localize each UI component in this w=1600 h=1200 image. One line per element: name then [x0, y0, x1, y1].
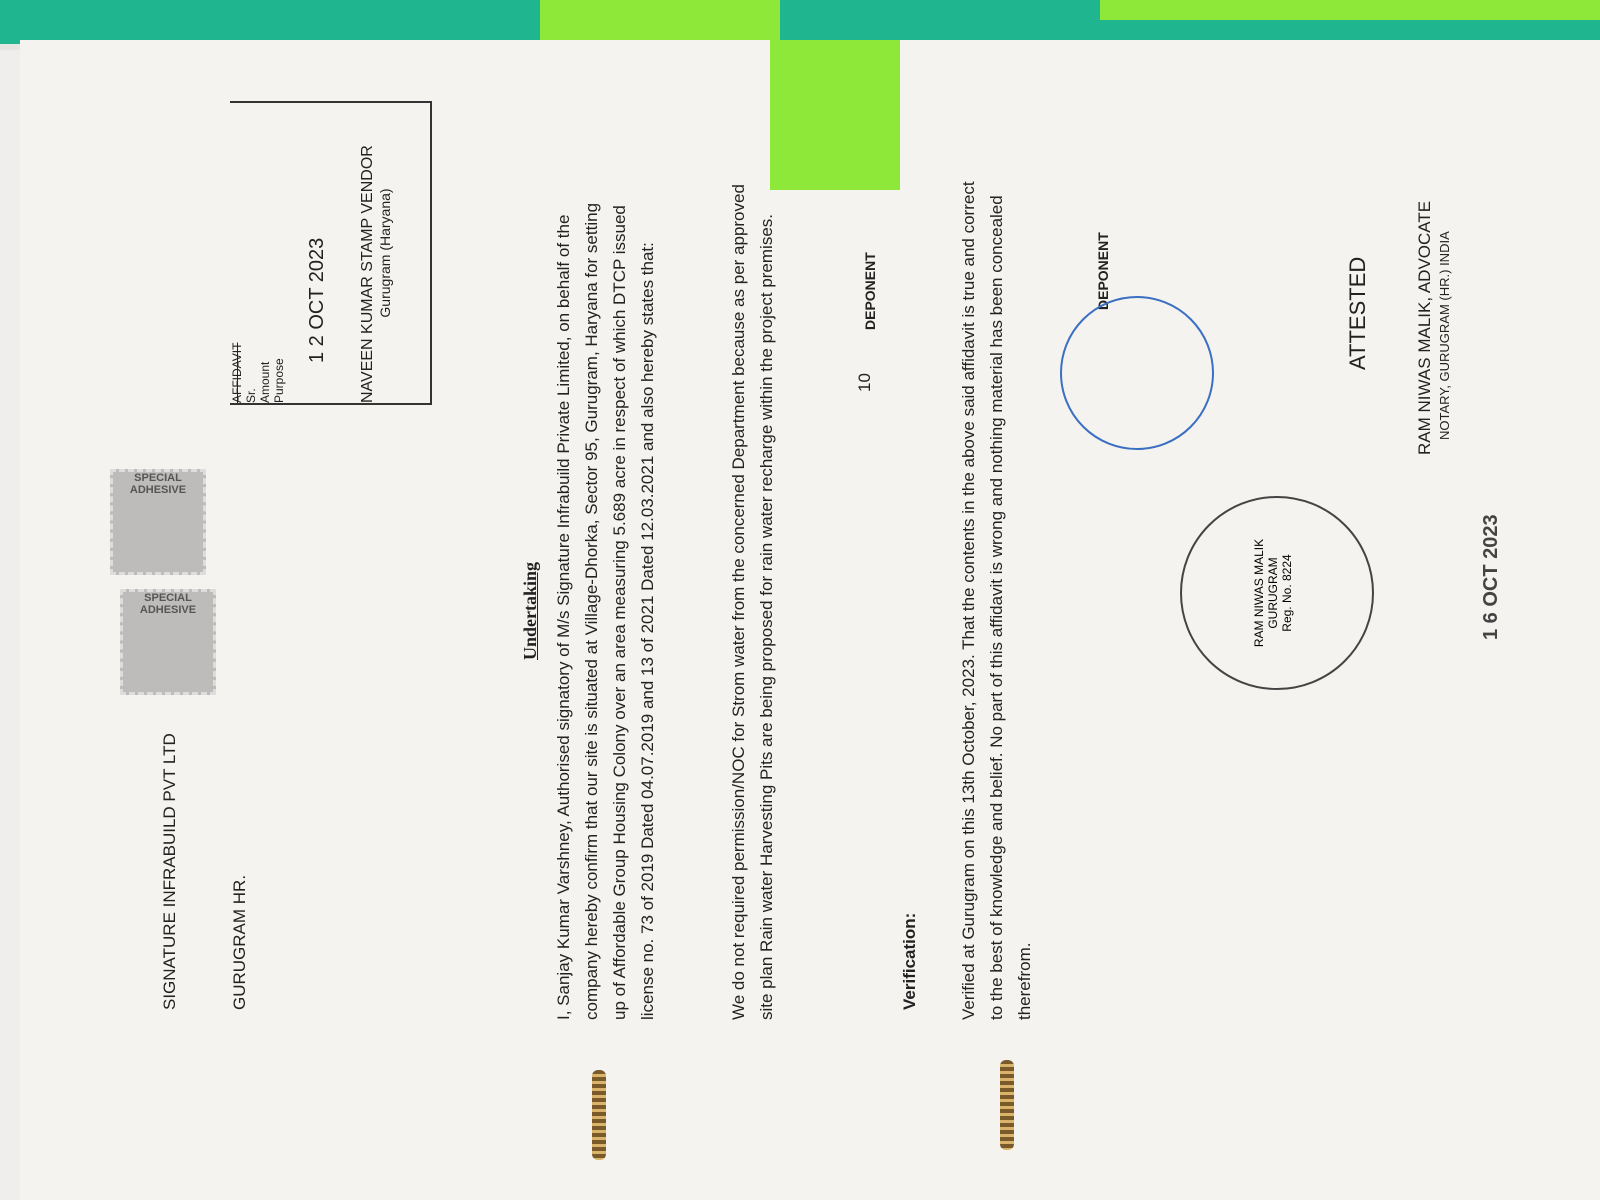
vendor-place: Gurugram (Haryana)	[377, 103, 393, 403]
attested-label: ATTESTED	[1345, 257, 1371, 370]
advocate-name: RAM NIWAS MALIK, ADVOCATE	[1415, 201, 1435, 455]
adhesive-stamp: SPECIAL ADHESIVE	[110, 469, 206, 575]
vendor-name: NAVEEN KUMAR STAMP VENDOR	[359, 103, 377, 403]
purpose-label: Purpose	[272, 103, 286, 403]
paragraph-2: We do not required permission/NOC for St…	[725, 180, 781, 1020]
sr-label: Sr.	[244, 103, 258, 403]
notary-name: RAM NIWAS MALIK	[1252, 498, 1266, 688]
deponent-label: DEPONENT	[1095, 232, 1111, 310]
company-header: SIGNATURE INFRABUILD PVT LTD	[160, 733, 180, 1010]
location: GURUGRAM HR.	[230, 875, 250, 1010]
vendor-date: 1 2 OCT 2023	[306, 103, 329, 363]
notary-reg: Reg. No. 8224	[1280, 498, 1294, 688]
notary-seal: RAM NIWAS MALIK GURUGRAM Reg. No. 8224	[1180, 496, 1374, 690]
company-seal	[1060, 296, 1214, 450]
advocate-place: NOTARY, GURUGRAM (HR.) INDIA	[1437, 231, 1452, 440]
deponent-label: DEPONENT	[862, 252, 878, 330]
adhesive-stamp: SPECIAL ADHESIVE	[120, 589, 216, 695]
verification-heading: Verification:	[900, 913, 920, 1010]
amount-label: Amount	[258, 103, 272, 403]
page-number: 10	[855, 373, 875, 392]
notary-city: GURUGRAM	[1266, 498, 1280, 688]
paragraph-1: I, Sanjay Kumar Varshney, Authorised sig…	[550, 180, 662, 1020]
date-stamp: 1 6 OCT 2023	[1480, 514, 1503, 640]
rotated-document: SIGNATURE INFRABUILD PVT LTD GURUGRAM HR…	[0, 0, 1600, 1200]
document-title: Undertaking	[520, 562, 541, 660]
verification-text: Verified at Gurugram on this 13th Octobe…	[955, 180, 1039, 1020]
vendor-box: AFFIDAVIT Sr. Amount Purpose 1 2 OCT 202…	[230, 101, 432, 405]
affidavit-label: AFFIDAVIT	[230, 103, 244, 403]
